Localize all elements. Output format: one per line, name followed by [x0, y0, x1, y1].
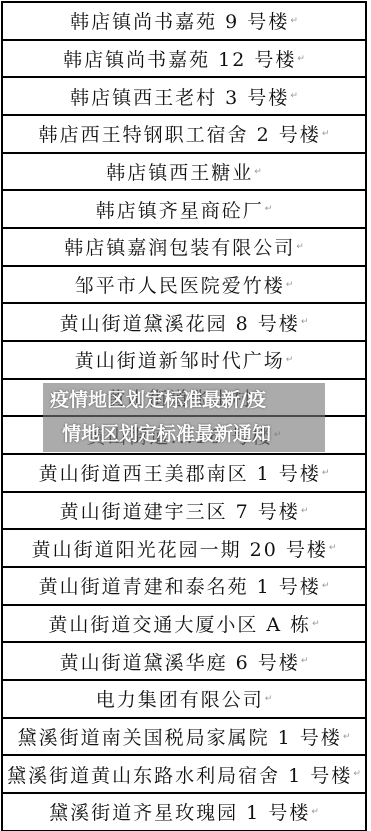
overlay-title-line1: 疫情地区划定标准最新/疫	[50, 383, 350, 417]
table-row: 黄山街道阳光花园一期 20 号楼↵	[3, 530, 365, 568]
paragraph-mark-icon: ↵	[297, 54, 305, 64]
paragraph-mark-icon: ↵	[311, 807, 319, 817]
table-row: 黄山街道建宇三区 7 号楼↵	[3, 493, 365, 531]
row-text: 黛溪街道黄山东路水利局宿舍 1 号楼	[7, 761, 352, 788]
paragraph-mark-icon: ↵	[343, 732, 351, 742]
row-text: 黄山街道建宇三区 7 号楼	[60, 497, 300, 524]
row-text: 黄山街道交通大厦小区 A 栋	[48, 610, 311, 637]
row-text: 韩店镇齐星商砼厂	[96, 196, 264, 223]
table-row: 邹平市人民医院爱竹楼↵	[3, 267, 365, 305]
row-text: 电力集团有限公司	[96, 685, 264, 712]
table-row: 黛溪街道黄山东路水利局宿舍 1 号楼↵	[3, 756, 365, 794]
table-row: 黄山街道青建和泰名苑 1 号楼↵	[3, 568, 365, 606]
paragraph-mark-icon: ↵	[329, 543, 337, 553]
table-row: 黄山街道交通大厦小区 A 栋↵	[3, 606, 365, 644]
table-row: 黄山街道西王美郡南区 1 号楼↵	[3, 455, 365, 493]
table-row: 韩店镇嘉润包装有限公司↵	[3, 229, 365, 267]
row-text: 黄山街道黛溪花园 8 号楼	[60, 309, 300, 336]
paragraph-mark-icon: ↵	[353, 769, 361, 779]
paragraph-mark-icon: ↵	[301, 506, 309, 516]
row-text: 黄山街道新邹时代广场	[75, 346, 285, 373]
table-row: 韩店镇西王老村 3 号楼↵	[3, 78, 365, 116]
table-row: 黛溪街道南关国税局家属院 1 号楼↵	[3, 719, 365, 757]
paragraph-mark-icon: ↵	[301, 317, 309, 327]
row-text: 黄山街道阳光花园一期 20 号楼	[32, 535, 328, 562]
title-overlay: 疫情地区划定标准最新/疫 情地区划定标准最新通知	[50, 383, 350, 451]
paragraph-mark-icon: ↵	[290, 91, 298, 101]
paragraph-mark-icon: ↵	[301, 656, 309, 666]
paragraph-mark-icon: ↵	[296, 242, 304, 252]
paragraph-mark-icon: ↵	[254, 167, 262, 177]
paragraph-mark-icon: ↵	[286, 280, 294, 290]
paragraph-mark-icon: ↵	[265, 204, 273, 214]
table-row: 韩店镇尚书嘉苑 9 号楼↵	[3, 3, 365, 41]
row-text: 黄山街道青建和泰名苑 1 号楼	[39, 572, 321, 599]
paragraph-mark-icon: ↵	[286, 355, 294, 365]
row-text: 韩店西王特钢职工宿舍 2 号楼	[39, 120, 321, 147]
paragraph-mark-icon: ↵	[322, 468, 330, 478]
row-text: 黛溪街道齐星玫瑰园 1 号楼	[49, 798, 310, 825]
paragraph-mark-icon: ↵	[290, 16, 298, 26]
row-text: 韩店镇西王糖业	[106, 158, 253, 185]
overlay-title-line2: 情地区划定标准最新通知	[50, 417, 350, 451]
row-text: 黛溪街道南关国税局家属院 1 号楼	[18, 723, 342, 750]
row-text: 韩店镇尚书嘉苑 9 号楼	[70, 7, 289, 34]
row-text: 邹平市人民医院爱竹楼	[75, 271, 285, 298]
row-text: 黄山街道黛溪华庭 6 号楼	[60, 648, 300, 675]
table-row: 韩店镇齐星商砼厂↵	[3, 191, 365, 229]
table-row: 黄山街道黛溪花园 8 号楼↵	[3, 304, 365, 342]
row-text: 韩店镇西王老村 3 号楼	[70, 83, 289, 110]
table-row: 韩店镇尚书嘉苑 12 号楼↵	[3, 41, 365, 79]
table-row: 黄山街道黛溪华庭 6 号楼↵	[3, 643, 365, 681]
table-row: 韩店西王特钢职工宿舍 2 号楼↵	[3, 116, 365, 154]
table-row: 黄山街道新邹时代广场↵	[3, 342, 365, 380]
row-text: 韩店镇尚书嘉苑 12 号楼	[63, 45, 296, 72]
paragraph-mark-icon: ↵	[312, 619, 320, 629]
row-text: 韩店镇嘉润包装有限公司	[64, 233, 295, 260]
paragraph-mark-icon: ↵	[322, 129, 330, 139]
table-row: 韩店镇西王糖业↵	[3, 154, 365, 192]
table-row: 电力集团有限公司↵	[3, 681, 365, 719]
paragraph-mark-icon: ↵	[265, 694, 273, 704]
paragraph-mark-icon: ↵	[322, 581, 330, 591]
row-text: 黄山街道西王美郡南区 1 号楼	[39, 459, 321, 486]
table-row: 黛溪街道齐星玫瑰园 1 号楼↵	[3, 794, 365, 831]
